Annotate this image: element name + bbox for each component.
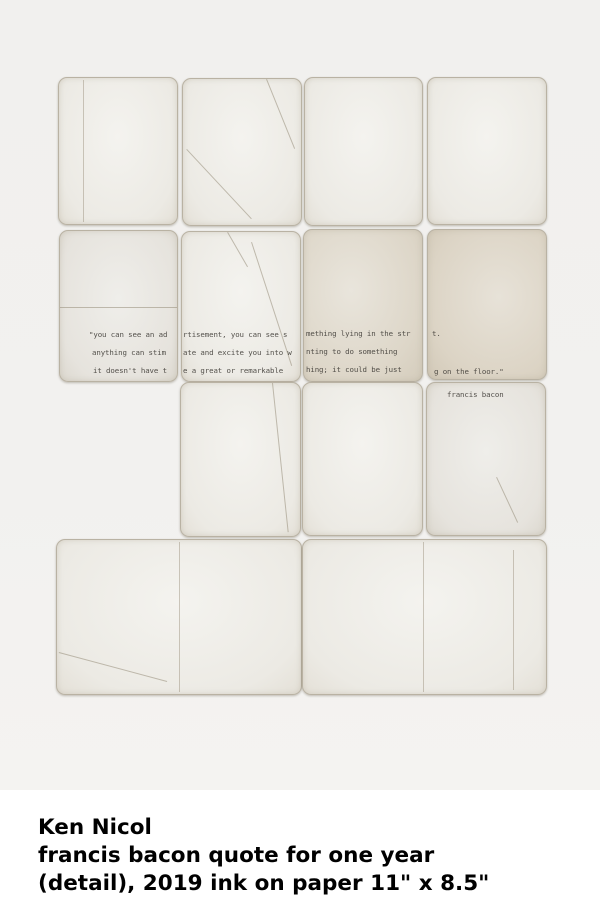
artwork-photo: "you can see an ad anything can stim it … bbox=[0, 0, 600, 790]
paper-card-r2c3: mething lying in the str nting to do som… bbox=[303, 229, 423, 382]
quote-fragment-line-3: it doesn't have t bbox=[93, 366, 167, 375]
attribution-text: francis bacon bbox=[447, 390, 504, 399]
paper-card-r4-left bbox=[56, 539, 302, 695]
paper-card-r2c1: "you can see an ad anything can stim it … bbox=[59, 230, 178, 382]
paper-card-r1c2 bbox=[182, 78, 302, 226]
paper-card-r4-right bbox=[302, 539, 547, 695]
quote-fragment-line-2: ate and excite you into w bbox=[183, 348, 292, 357]
quote-fragment-line-1: "you can see an ad bbox=[89, 330, 167, 339]
paper-card-r3c3 bbox=[302, 382, 423, 536]
quote-fragment-line-2: anything can stim bbox=[92, 348, 166, 357]
paper-card-r2c2: rtisement, you can see s ate and excite … bbox=[181, 231, 301, 382]
artwork-title: francis bacon quote for one year bbox=[38, 842, 489, 870]
paper-card-r1c4 bbox=[427, 77, 547, 225]
quote-fragment-line-3: e a great or remarkable bbox=[183, 366, 283, 375]
artwork-details: (detail), 2019 ink on paper 11" x 8.5" bbox=[38, 870, 489, 898]
quote-fragment-line-1: mething lying in the str bbox=[306, 329, 410, 338]
quote-fragment-line-3: g on the floor." bbox=[434, 367, 504, 376]
paper-card-r3c4: francis bacon bbox=[426, 382, 546, 536]
quote-fragment-line-3: hing; it could be just bbox=[306, 365, 402, 374]
quote-fragment-line-1: rtisement, you can see s bbox=[183, 330, 287, 339]
quote-fragment-line-2: nting to do something bbox=[306, 347, 397, 356]
paper-card-r2c4: t. g on the floor." bbox=[427, 229, 547, 380]
artist-name: Ken Nicol bbox=[38, 814, 489, 842]
quote-fragment-line-1: t. bbox=[432, 329, 441, 338]
paper-card-r1c3 bbox=[304, 77, 423, 226]
paper-card-r3c2 bbox=[180, 382, 301, 537]
paper-card-r1c1 bbox=[58, 77, 178, 225]
artwork-caption: Ken Nicol francis bacon quote for one ye… bbox=[38, 814, 489, 898]
